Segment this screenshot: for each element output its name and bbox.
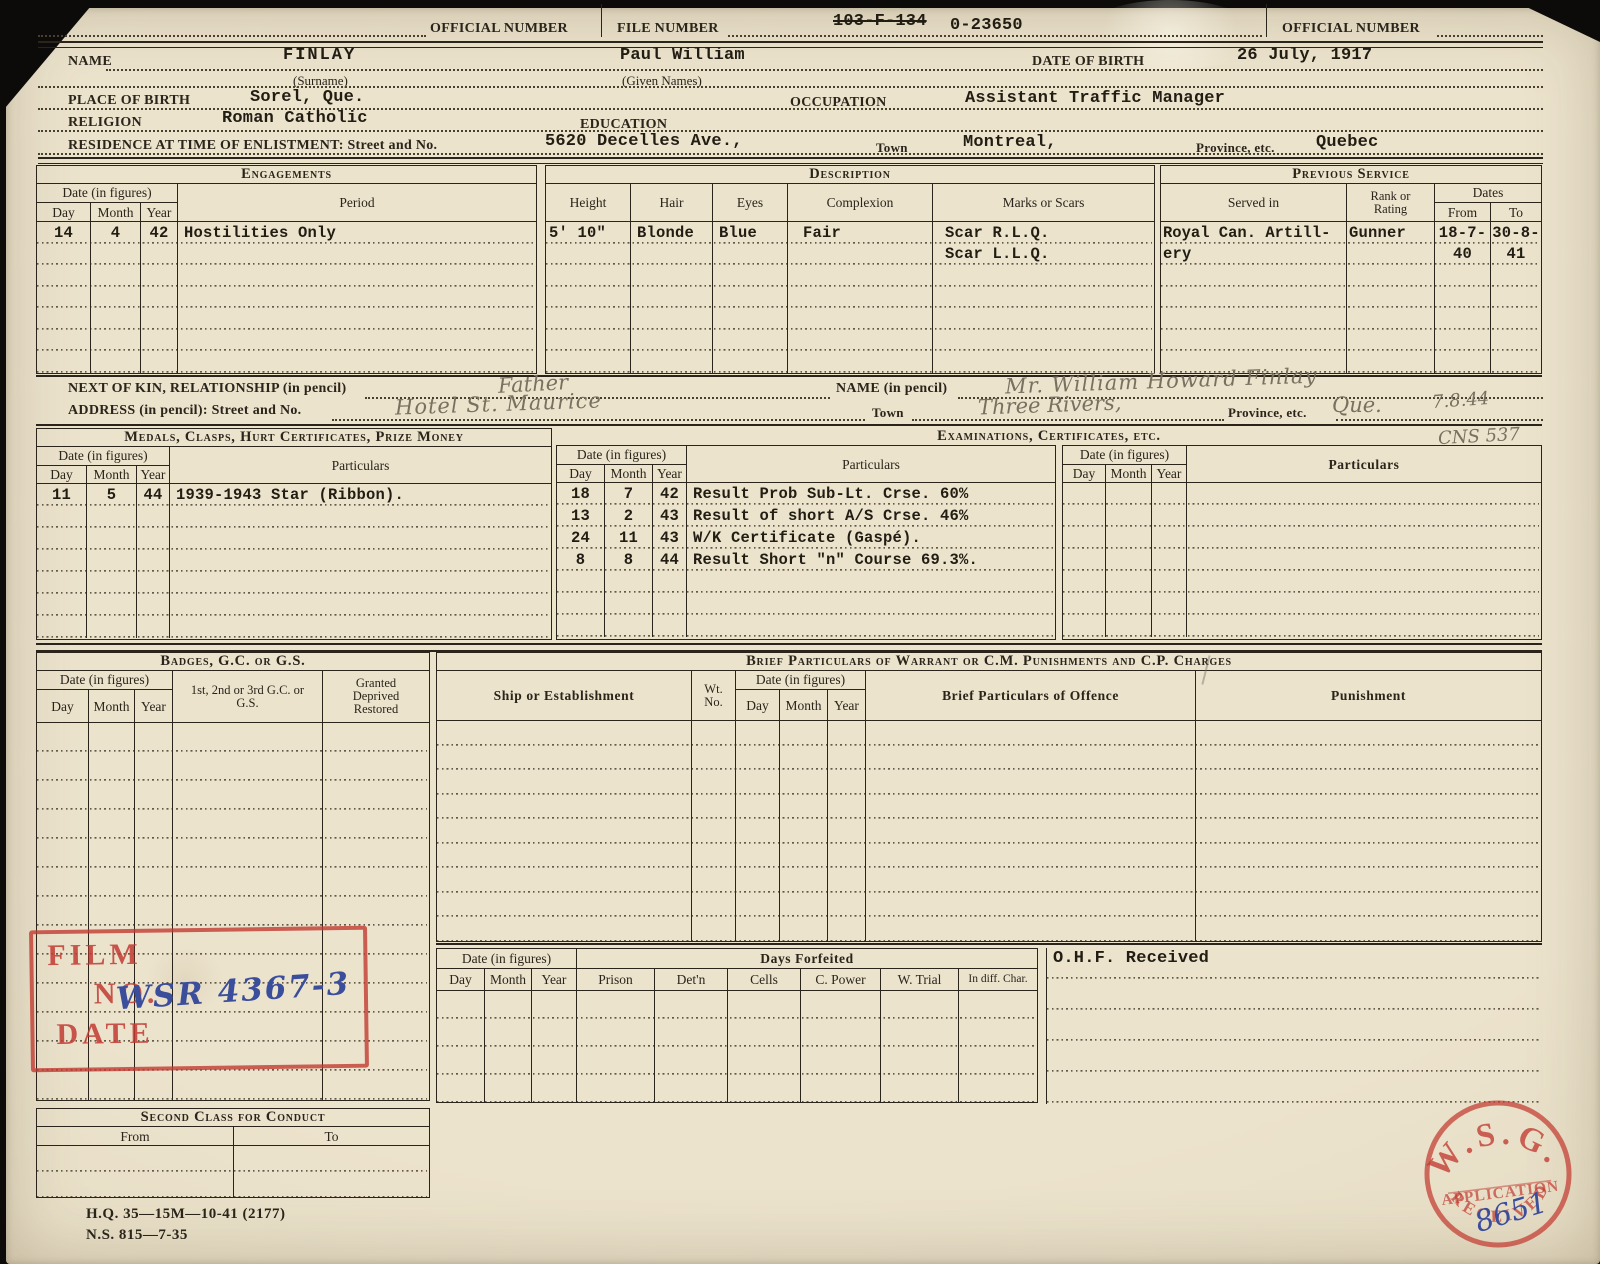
empty-row [37,897,429,926]
cell [437,868,692,893]
dates-label: Dates [1435,184,1541,203]
cell [736,770,780,795]
dotted-line [1437,35,1543,37]
cell [485,1075,532,1103]
file-number-label: FILE NUMBER [617,21,719,37]
wsg-stamp-top-text: W.S.G. [1417,1107,1574,1188]
cell [37,752,89,781]
from-cell: 18-7- [1435,222,1491,244]
cell [135,839,173,868]
cell [1347,287,1435,309]
cell [1106,571,1152,593]
empty-row [1063,571,1541,593]
empty-row [37,810,429,839]
cell [234,1172,429,1198]
cell [692,917,736,942]
cell [605,571,653,593]
particulars-header: Particulars [1187,446,1541,482]
wsg-application-received-stamp: W.S.G. APPLICATION RECEIVED 8651 [1407,1083,1590,1264]
empty-row [437,844,1541,869]
dotted-line [332,419,865,421]
religion-label: RELIGION [68,115,142,131]
cell [736,868,780,893]
cell [866,819,1196,844]
cell [323,810,429,839]
cell [828,844,866,869]
cell [173,1071,323,1100]
empty-row [1063,527,1541,549]
marks-header: Marks or Scars [933,184,1154,221]
cell [1063,505,1106,527]
cell [780,893,828,918]
ohf-section: O.H.F. Received [1046,948,1542,1104]
empty-row [437,991,1037,1019]
month-cell: 5 [87,484,137,506]
cell [557,571,605,593]
empty-row [546,308,1154,330]
ohf-row: O.H.F. Received [1047,948,1542,979]
days-forfeited-table: Date (in figures) Days Forfeited Day Mon… [436,948,1038,1103]
cell [532,1019,577,1047]
cell [655,1047,728,1075]
cell [1161,330,1347,352]
nok-name-label: NAME (in pencil) [836,381,947,397]
cell [1161,308,1347,330]
cell [687,593,1055,615]
cell [692,893,736,918]
cell [173,781,323,810]
place-of-birth-value: Sorel, Que. [250,88,364,107]
particulars-cell: Result of short A/S Crse. 46% [687,505,1055,527]
empty-row [437,868,1541,893]
particulars-cell: Result Prob Sub-Lt. Crse. 60% [687,483,1055,505]
previous-service-title: Previous Service [1161,166,1541,184]
file-number-value: 0-23650 [950,16,1023,35]
day-header: Day [736,690,780,720]
day-cell: 24 [557,527,605,549]
cell [37,897,89,926]
cell [91,265,141,287]
day-header: Day [37,466,87,483]
empty-row [37,839,429,868]
cell [655,1019,728,1047]
examination-row: 18 7 42 Result Prob Sub-Lt. Crse. 60% [557,483,1055,505]
empty-row [546,330,1154,352]
official-number-label-right: OFFICIAL NUMBER [1282,21,1420,37]
cell [173,752,323,781]
cell [933,308,1154,330]
cell [323,723,429,752]
days-forfeited-title: Days Forfeited [577,949,1037,968]
cell [1196,893,1541,918]
cell [780,917,828,942]
empty-row [37,572,551,594]
cell [801,991,881,1019]
date-in-figures-group: Date (in figures) Day Month Year [557,446,687,482]
cell [655,1075,728,1103]
cell [485,1019,532,1047]
cell [37,1146,234,1172]
empty-row [37,781,429,810]
cell [1106,593,1152,615]
day-cell: 18 [557,483,605,505]
cell [485,1047,532,1075]
nok-town-handwritten-value: Three Rivers, [978,391,1122,420]
cell [141,244,178,266]
cell [437,746,692,771]
cell [1435,287,1491,309]
examination-row: 13 2 43 Result of short A/S Crse. 46% [557,505,1055,527]
day-header: Day [437,969,485,990]
description-title: Description [546,166,1154,184]
cell [631,265,713,287]
hair-cell: Blonde [631,222,713,244]
cell [37,244,91,266]
cell [37,781,89,810]
particulars-cell: 1939-1943 Star (Ribbon). [170,484,551,506]
cell [1047,1010,1542,1041]
cell [1152,571,1187,593]
w-trial-header: W. Trial [881,969,959,990]
cell [713,287,788,309]
empty-row [1161,287,1541,309]
nok-province-handwritten-value: Que. [1332,393,1382,417]
cell [1106,505,1152,527]
residence-street-value: 5620 Decelles Ave., [545,132,743,151]
cell [141,308,178,330]
cell [1152,549,1187,571]
gc-gs-header: 1st, 2nd or 3rd G.C. or G.S. [173,671,323,722]
cell [933,265,1154,287]
date-in-figures-group: Date (in figures) Day Month Year [37,447,170,483]
cell [173,897,323,926]
cell [37,1071,89,1100]
cell [91,244,141,266]
cell [173,723,323,752]
cell [692,795,736,820]
day-header: Day [557,465,605,482]
cell [866,893,1196,918]
period-header: Period [178,184,536,221]
cell [178,330,536,352]
cell [828,819,866,844]
cell [87,528,137,550]
from-header: From [1435,203,1491,221]
examinations-section: Examinations, Certificates, etc. Date (i… [556,428,1542,640]
cell [736,746,780,771]
cell [178,265,536,287]
cell [37,351,91,373]
cell [780,844,828,869]
dotted-line [912,419,1224,421]
cell [692,844,736,869]
cell [437,1075,485,1103]
cell [1347,351,1435,373]
cell [866,795,1196,820]
cell [736,893,780,918]
ohf-received-label: O.H.F. Received [1047,948,1542,979]
cell [959,1075,1037,1103]
cell [866,770,1196,795]
previous-service-table: Previous Service Served in Rank or Ratin… [1160,165,1542,374]
empty-row [546,287,1154,309]
cell [713,308,788,330]
cell [37,265,91,287]
cell [866,844,1196,869]
cell [437,1019,485,1047]
cell [37,810,89,839]
ship-or-establishment-header: Ship or Establishment [437,671,692,720]
cell [1435,330,1491,352]
cell [1152,483,1187,505]
cell [1196,917,1541,942]
cell [828,721,866,746]
cell [141,351,178,373]
empty-row [437,1019,1037,1047]
cell [37,330,91,352]
divider [1266,4,1267,37]
cell [437,819,692,844]
cell [788,287,933,309]
cell [933,330,1154,352]
year-header: Year [141,203,177,221]
cell [866,721,1196,746]
cell [173,810,323,839]
section-rule [436,943,1542,945]
date-in-figures-label: Date (in figures) [736,671,865,690]
c-power-header: C. Power [801,969,881,990]
to-header: To [1491,203,1541,221]
date-in-figures-label: Date (in figures) [557,446,686,465]
nok-province-label: Province, etc. [1228,405,1307,421]
cell [546,244,631,266]
dotted-line [1336,419,1543,421]
cell [728,991,801,1019]
svg-text:W.S.G.: W.S.G. [1417,1107,1574,1188]
cells-header: Cells [728,969,801,990]
examination-row: 8 8 44 Result Short "n" Course 69.3%. [557,549,1055,571]
cell [89,1071,135,1100]
month-header: Month [89,690,135,722]
nok-town-label: Town [872,405,904,421]
cell [1187,527,1541,549]
cell [1152,505,1187,527]
height-header: Height [546,184,631,221]
cell [137,594,170,616]
cell [1063,571,1106,593]
cell [631,287,713,309]
period-cell: Hostilities Only [178,222,536,244]
cell [933,351,1154,373]
cell [959,1019,1037,1047]
year-header: Year [1152,465,1186,482]
date-in-figures-label: Date (in figures) [437,949,577,968]
second-class-table: Second Class for Conduct From To [36,1108,430,1198]
day-cell: 8 [557,549,605,571]
surname-value: FINLAY [283,46,356,65]
cell [170,572,551,594]
cell [780,721,828,746]
cell [1047,979,1542,1010]
cell [546,330,631,352]
empty-row [437,795,1541,820]
cell [135,810,173,839]
cell [1187,571,1541,593]
cell [736,917,780,942]
cell [87,572,137,594]
cell [1187,483,1541,505]
month-header: Month [87,466,137,483]
address-label: ADDRESS (in pencil): Street and No. [68,403,301,419]
cell [728,1019,801,1047]
date-note-handwritten: 7.8.44 [1431,388,1490,413]
empty-row [37,265,536,287]
cell [780,819,828,844]
empty-row [37,550,551,572]
cell [631,244,713,266]
cell [1063,549,1106,571]
rank-header: Rank or Rating [1347,184,1435,221]
day-header: Day [1063,465,1106,482]
cell [37,506,87,528]
dotted-line [728,35,1262,37]
cell [577,1047,655,1075]
empty-row [37,1071,429,1100]
date-in-figures-label: Date (in figures) [37,671,172,690]
residence-label: RESIDENCE AT TIME OF ENLISTMENT: Street … [68,138,437,154]
cell [89,839,135,868]
empty-row [1063,505,1541,527]
cell [713,244,788,266]
cell [89,781,135,810]
cell [532,1075,577,1103]
cell [780,746,828,771]
from-header: From [37,1127,234,1145]
cell [1063,483,1106,505]
date-in-figures-group: Date (in figures) Day Month Year [736,671,866,720]
date-in-figures-label: Date (in figures) [37,447,169,466]
empty-row [557,615,1055,637]
empty-row [1063,483,1541,505]
cell [631,351,713,373]
section-rule [38,157,1543,164]
cell [37,723,89,752]
cell [577,1075,655,1103]
cell [1047,1041,1542,1072]
cell [173,868,323,897]
empty-row [37,308,536,330]
empty-row [37,868,429,897]
section-rule [36,424,1542,426]
examinations-right-table: Date (in figures) Day Month Year Particu… [1062,445,1542,640]
year-cell: 44 [137,484,170,506]
cell [1106,615,1152,637]
cell [713,265,788,287]
empty-row [37,330,536,352]
cell [577,991,655,1019]
wsg-stamp-graphic: W.S.G. APPLICATION RECEIVED 8651 [1407,1083,1590,1264]
served-in-header: Served in [1161,184,1347,221]
hair-header: Hair [631,184,713,221]
cell [828,893,866,918]
cell [89,897,135,926]
year-header: Year [828,690,865,720]
dotted-line [38,130,1543,132]
cell [89,810,135,839]
cell [1347,330,1435,352]
particulars-cell: W/K Certificate (Gaspé). [687,527,1055,549]
day-cell: 13 [557,505,605,527]
cell [87,506,137,528]
cell [37,1172,234,1198]
section-rule [36,643,1542,652]
warrants-title: Brief Particulars of Warrant or C.M. Pun… [437,653,1541,671]
cell [137,550,170,572]
medals-title: Medals, Clasps, Hurt Certificates, Prize… [37,429,551,447]
religion-value: Roman Catholic [222,109,368,128]
cell [37,616,87,638]
prison-header: Prison [577,969,655,990]
cell [323,897,429,926]
date-of-birth-label: DATE OF BIRTH [1032,54,1144,70]
empty-row [37,752,429,781]
cell [89,868,135,897]
empty-row [37,594,551,616]
cell [135,781,173,810]
form-number-line2: N.S. 815—7-35 [86,1227,188,1244]
empty-row [1063,615,1541,637]
empty-row [1161,330,1541,352]
particulars-cell: Result Short "n" Course 69.3%. [687,549,1055,571]
cell [37,839,89,868]
cell [728,1075,801,1103]
empty-row [557,593,1055,615]
cell [655,991,728,1019]
cell [1187,549,1541,571]
empty-row [37,506,551,528]
empty-row [437,1075,1037,1103]
cell [557,593,605,615]
cell [828,917,866,942]
empty-row [437,819,1541,844]
cell [437,917,692,942]
examinations-title: Examinations, Certificates, etc. [556,428,1542,445]
engagements-title: Engagements [37,166,536,184]
cell [687,615,1055,637]
cell [1196,844,1541,869]
next-of-kin-relationship-label: NEXT OF KIN, RELATIONSHIP (in pencil) [68,381,346,397]
cell [141,287,178,309]
cell [141,265,178,287]
cell [91,351,141,373]
month-cell: 7 [605,483,653,505]
month-header: Month [1106,465,1152,482]
in-diff-char-header: In diff. Char. [959,969,1037,990]
cell [828,746,866,771]
empty-row [437,770,1541,795]
cell [137,616,170,638]
cell [1161,287,1347,309]
cell [788,244,933,266]
cell [532,991,577,1019]
cell [87,616,137,638]
previous-service-row: ery 40 41 [1161,244,1541,266]
cell [866,746,1196,771]
cell [485,991,532,1019]
rank-cell: Gunner [1347,222,1435,244]
cell [728,1047,801,1075]
place-of-birth-label: PLACE OF BIRTH [68,93,190,109]
